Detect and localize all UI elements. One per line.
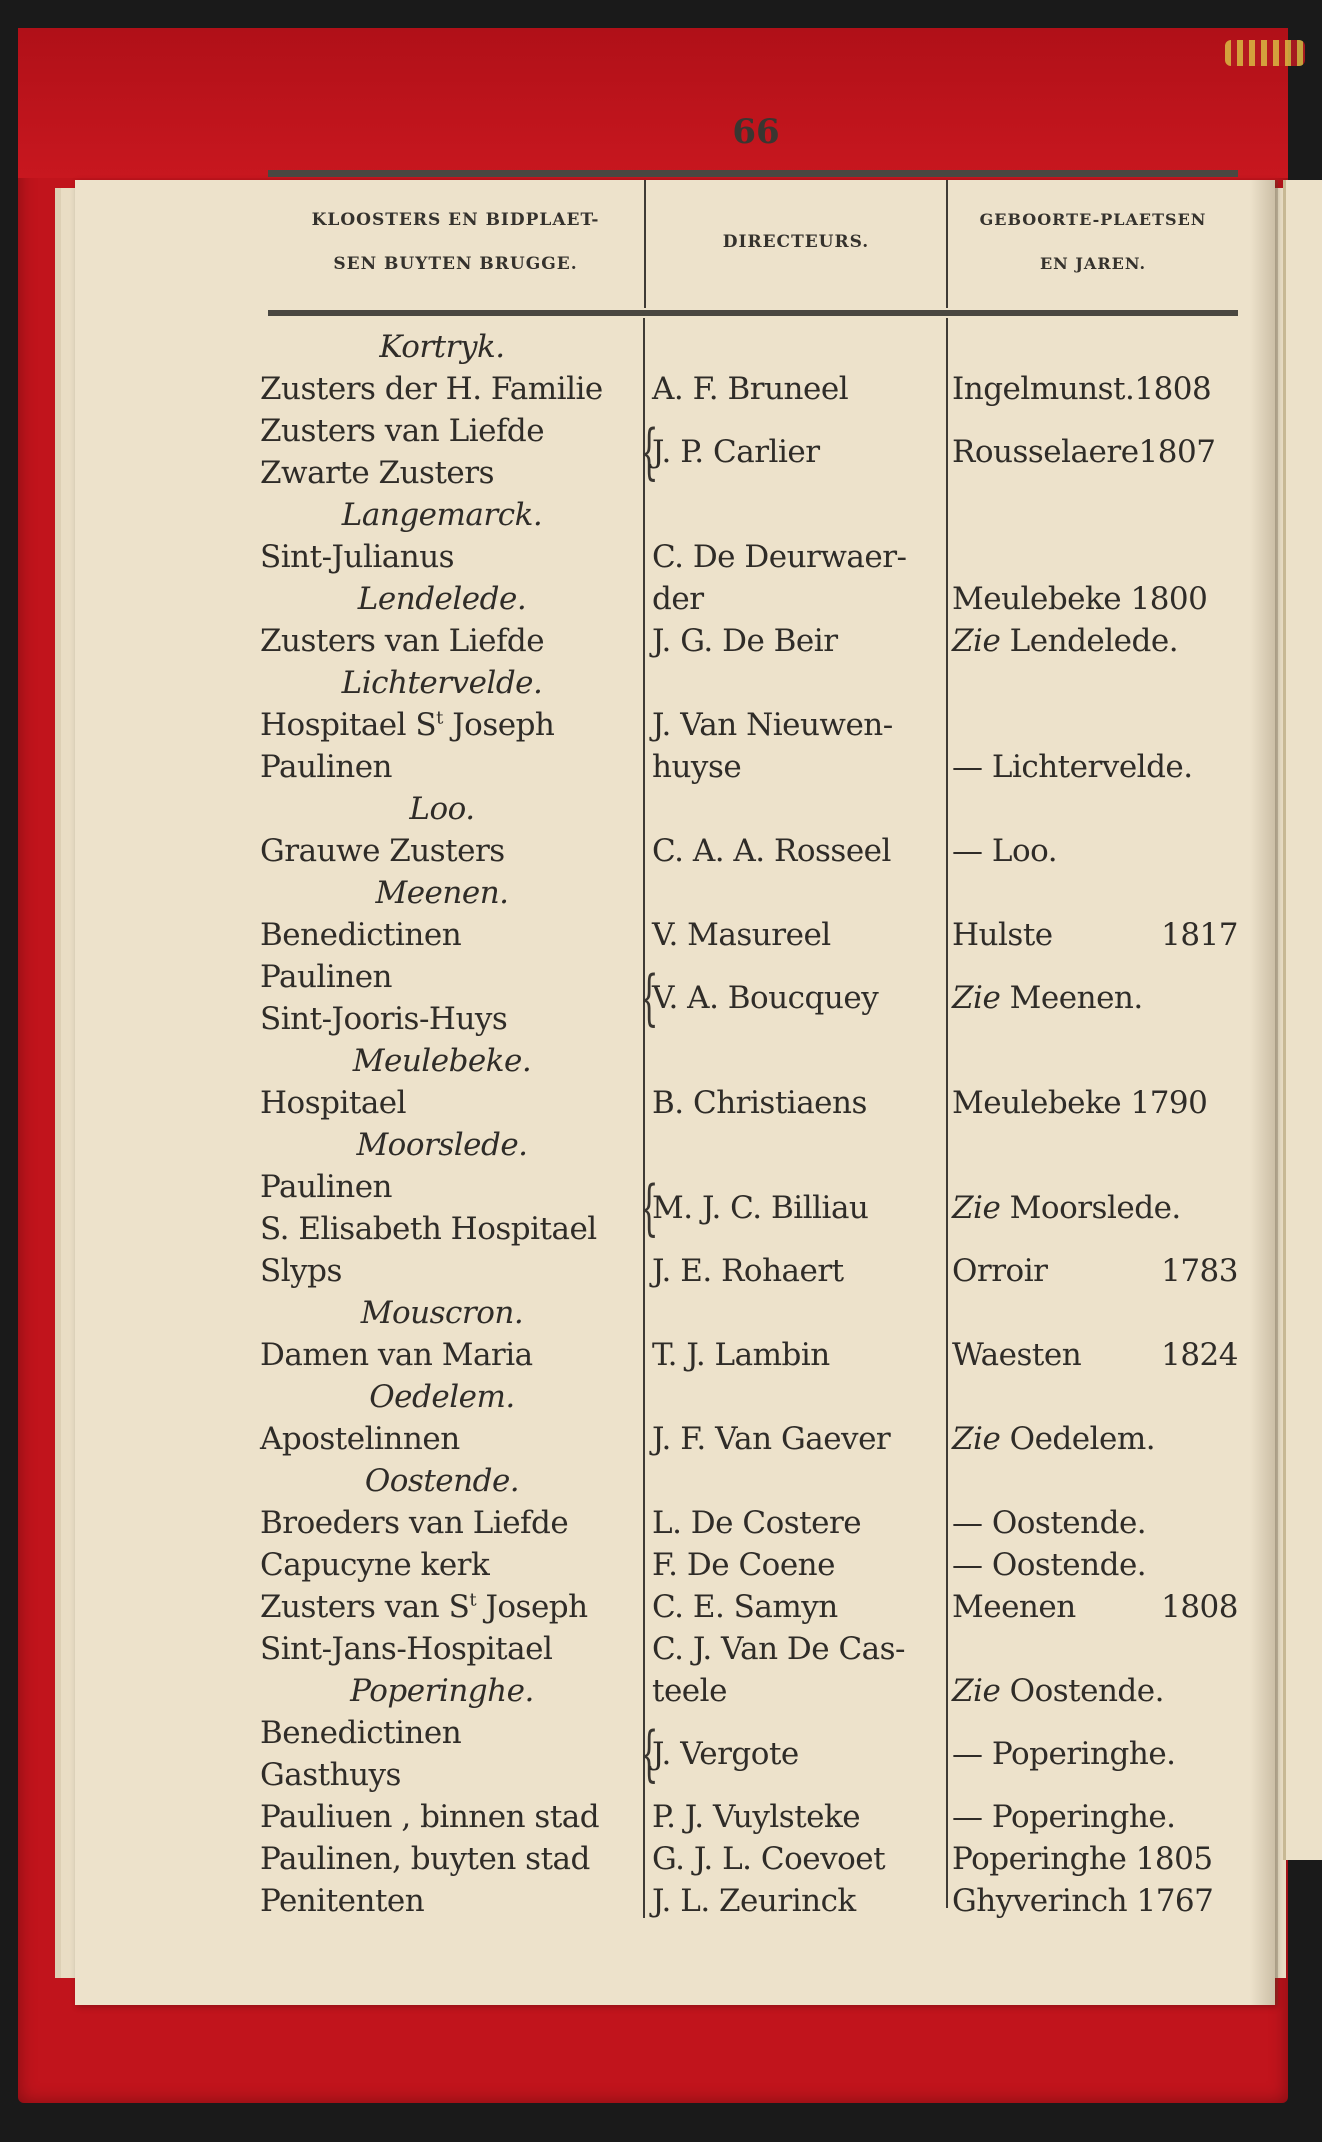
- place-heading: Mouscron.: [262, 1292, 622, 1334]
- director-name: G. J. L. Coevoet: [652, 1838, 947, 1880]
- institution-name: S. Elisabeth Hospitael: [260, 1208, 640, 1250]
- director-name: V. A. Boucquey: [652, 977, 947, 1019]
- birthplace-year: — Oostende.: [952, 1502, 1242, 1544]
- institution-name: Zwarte Zusters: [260, 452, 640, 494]
- director-name: P. J. Vuylsteke: [652, 1796, 947, 1838]
- header-bottom-rule: [268, 310, 1238, 316]
- institution-name: Benedictinen: [260, 1712, 640, 1754]
- birthplace-year: Zie Meenen.: [952, 977, 1242, 1019]
- header-col-directors: DIRECTEURS.: [645, 220, 947, 264]
- director-name: M. J. C. Billiau: [652, 1187, 947, 1229]
- header-col1-line2: SEN BUYTEN BRUGGE.: [268, 242, 643, 286]
- birthplace-year: Meenen1808: [952, 1586, 1242, 1628]
- director-name: J. L. Zeurinck: [652, 1880, 947, 1922]
- header-top-rule: [268, 170, 1238, 177]
- birthplace-year: Poperinghe 1805: [952, 1838, 1242, 1880]
- header-col3-line1: GEBOORTE-PLAETSEN: [947, 198, 1239, 242]
- superscript: t: [436, 708, 443, 729]
- birthplace-year: — Poperinghe.: [952, 1733, 1242, 1775]
- institution-name: Paulinen: [260, 956, 640, 998]
- institution-name: Broeders van Liefde: [260, 1502, 640, 1544]
- institution-name: Zusters van Liefde: [260, 410, 640, 452]
- director-name: T. J. Lambin: [652, 1334, 947, 1376]
- institution-name: Zusters der H. Familie: [260, 368, 640, 410]
- place-heading: Loo.: [262, 788, 622, 830]
- director-name: huyse: [652, 746, 947, 788]
- zie-reference: Zie: [952, 1190, 1000, 1226]
- director-name: B. Christiaens: [652, 1082, 947, 1124]
- column-divider-1: [643, 318, 645, 1918]
- zie-reference: Zie: [952, 1673, 1000, 1709]
- director-name: C. J. Van De Cas-: [652, 1628, 947, 1670]
- institution-name: Pauliuen , binnen stad: [260, 1796, 640, 1838]
- institution-name: Sint-Julianus: [260, 536, 640, 578]
- birth-year: 1783: [1161, 1250, 1238, 1292]
- place-heading: Kortryk.: [262, 326, 622, 368]
- zie-reference: Zie: [952, 980, 1000, 1016]
- director-name: A. F. Bruneel: [652, 368, 947, 410]
- birthplace-year: Meulebeke 1800: [952, 578, 1242, 620]
- gutter-shadow: [1250, 180, 1278, 2005]
- birthplace-year: Zie Lendelede.: [952, 620, 1242, 662]
- place-heading: Moorslede.: [262, 1124, 622, 1166]
- director-name: C. De Deurwaer-: [652, 536, 947, 578]
- birthplace-year: Waesten1824: [952, 1334, 1242, 1376]
- page-number: 66: [706, 112, 806, 152]
- director-name: J. G. De Beir: [652, 620, 947, 662]
- director-name: C. A. A. Rosseel: [652, 830, 947, 872]
- institution-name: Zusters van St Joseph: [260, 1586, 640, 1628]
- header-divider-2: [946, 180, 948, 308]
- director-name: J. E. Rohaert: [652, 1250, 947, 1292]
- place-heading: Meenen.: [262, 872, 622, 914]
- director-name: L. De Costere: [652, 1502, 947, 1544]
- header-col3-line2: EN JAREN.: [947, 242, 1239, 286]
- zie-reference: Zie: [952, 1421, 1000, 1457]
- birth-year: 1824: [1161, 1334, 1238, 1376]
- place-heading: Oostende.: [262, 1460, 622, 1502]
- institution-name: Slyps: [260, 1250, 640, 1292]
- superscript: t: [469, 1590, 476, 1611]
- birthplace-year: — Lichtervelde.: [952, 746, 1242, 788]
- birth-year: 1808: [1161, 1586, 1238, 1628]
- birthplace-year: Ingelmunst.1808: [952, 368, 1242, 410]
- birth-year: 1817: [1161, 914, 1238, 956]
- place-heading: Langemarck.: [262, 494, 622, 536]
- institution-name: Sint-Jans-Hospitael: [260, 1628, 640, 1670]
- director-name: teele: [652, 1670, 947, 1712]
- institution-name: Apostelinnen: [260, 1418, 640, 1460]
- header-divider-1: [644, 180, 646, 308]
- institution-name: Gasthuys: [260, 1754, 640, 1796]
- institution-name: Sint-Jooris-Huys: [260, 998, 640, 1040]
- institution-name: Grauwe Zusters: [260, 830, 640, 872]
- birthplace-year: — Loo.: [952, 830, 1242, 872]
- birthplace-year: — Poperinghe.: [952, 1796, 1242, 1838]
- birthplace-year: Ghyverinch 1767: [952, 1880, 1242, 1922]
- director-name: V. Masureel: [652, 914, 947, 956]
- birthplace-year: Hulste1817: [952, 914, 1242, 956]
- place-heading: Oedelem.: [262, 1376, 622, 1418]
- institution-name: Damen van Maria: [260, 1334, 640, 1376]
- facing-page-edge: [1283, 180, 1322, 1860]
- place-heading: Poperinghe.: [262, 1670, 622, 1712]
- header-col-institutions: KLOOSTERS EN BIDPLAET- SEN BUYTEN BRUGGE…: [268, 198, 643, 286]
- institution-name: Paulinen: [260, 746, 640, 788]
- institution-name: Capucyne kerk: [260, 1544, 640, 1586]
- director-name: der: [652, 578, 947, 620]
- cover-top-edge: [18, 28, 1288, 178]
- place-heading: Lendelede.: [262, 578, 622, 620]
- institution-name: Paulinen: [260, 1166, 640, 1208]
- header-col1-line1: KLOOSTERS EN BIDPLAET-: [268, 198, 643, 242]
- institution-name: Zusters van Liefde: [260, 620, 640, 662]
- director-name: J. Vergote: [652, 1733, 947, 1775]
- headband: [1225, 40, 1305, 66]
- director-name: F. De Coene: [652, 1544, 947, 1586]
- birthplace-year: Zie Oedelem.: [952, 1418, 1242, 1460]
- birthplace-year: Orroir1783: [952, 1250, 1242, 1292]
- director-name: C. E. Samyn: [652, 1586, 947, 1628]
- birthplace-year: — Oostende.: [952, 1544, 1242, 1586]
- institution-name: Benedictinen: [260, 914, 640, 956]
- director-name: J. Van Nieuwen-: [652, 704, 947, 746]
- header-col-birthplaces: GEBOORTE-PLAETSEN EN JAREN.: [947, 198, 1239, 286]
- birthplace-year: Zie Oostende.: [952, 1670, 1242, 1712]
- place-heading: Lichtervelde.: [262, 662, 622, 704]
- birthplace-year: Meulebeke 1790: [952, 1082, 1242, 1124]
- birthplace-year: Rousselaere1807: [952, 431, 1242, 473]
- place-heading: Meulebeke.: [262, 1040, 622, 1082]
- institution-name: Hospitael: [260, 1082, 640, 1124]
- institution-name: Paulinen, buyten stad: [260, 1838, 640, 1880]
- zie-reference: Zie: [952, 623, 1000, 659]
- institution-name: Penitenten: [260, 1880, 640, 1922]
- institution-name: Hospitael St Joseph: [260, 704, 640, 746]
- birthplace-year: Zie Moorslede.: [952, 1187, 1242, 1229]
- director-name: J. P. Carlier: [652, 431, 947, 473]
- director-name: J. F. Van Gaever: [652, 1418, 947, 1460]
